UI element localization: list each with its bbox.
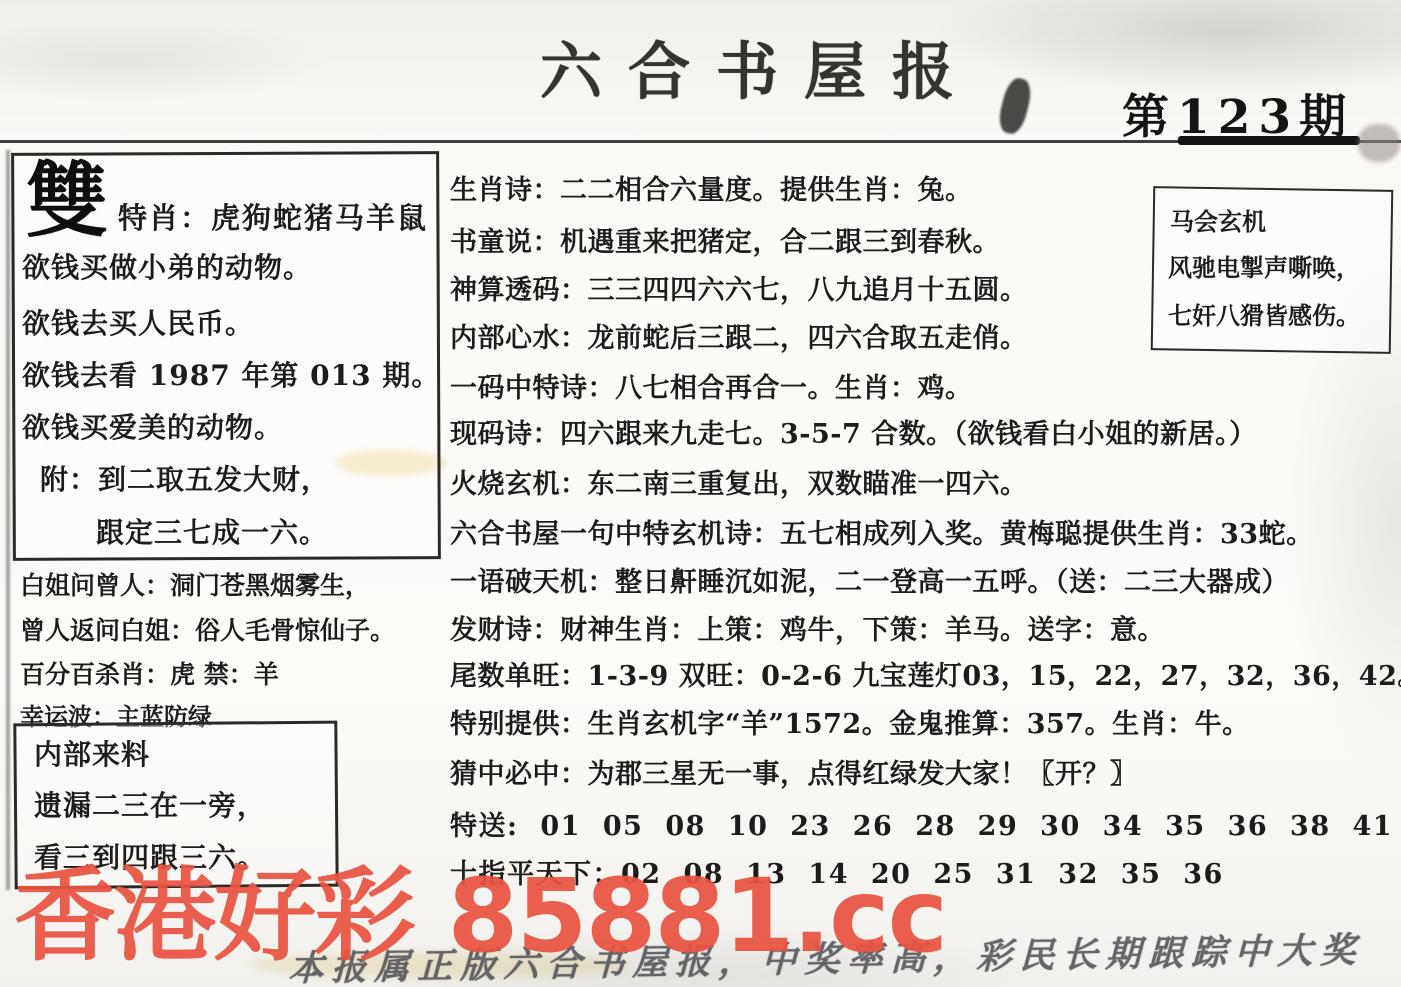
prediction-line: 特别提供：生肖玄机字“羊”1572。金鬼推算：357。生肖：牛。 (450, 702, 1250, 741)
left-box-line: 欲钱买做小弟的动物。 (22, 246, 312, 286)
page-edge-shadow (6, 150, 10, 890)
left-note-line: 白姐问曾人：洞门苍黑烟雾生， (20, 566, 370, 602)
prediction-line: 火烧玄机：东二南三重复出，双数瞄准一四六。 (450, 462, 1028, 501)
scanned-newspaper-page: 六合书屋报 第123期 雙 特肖：虎狗蛇猪马羊鼠 欲钱买做小弟的动物。 欲钱去买… (0, 0, 1401, 987)
double-character: 雙 (26, 160, 108, 242)
mystery-box-line: 马会玄机 (1170, 202, 1266, 237)
left-box-line: 欲钱去看 1987 年第 013 期。 (22, 354, 440, 394)
prediction-line: 尾数单旺：1-3-9 双旺：0-2-6 九宝莲灯03，15，22，27，32，3… (450, 654, 1401, 693)
site-watermark: 香港好彩 85881.cc (14, 866, 946, 968)
prediction-line: 发财诗：财神生肖：上策：鸡牛，下策：羊马。送字：意。 (450, 608, 1165, 647)
scan-smudge (1358, 124, 1400, 162)
ink-blob (996, 76, 1035, 137)
prediction-line: 六合书屋一句中特玄机诗：五七相成列入奖。黄梅聪提供生肖：33蛇。 (450, 512, 1314, 551)
prediction-line: 内部心水：龙前蛇后三跟二，四六合取五走俏。 (450, 316, 1028, 355)
internal-tips-line: 内部来料 (34, 733, 150, 773)
left-box-line: 欲钱买爱美的动物。 (22, 406, 283, 446)
left-note-line: 曾人返问白姐：俗人毛骨惊仙子。 (20, 611, 395, 647)
prediction-line: 书童说：机遇重来把猪定，合二跟三到春秋。 (450, 220, 1000, 259)
left-box-line: 欲钱去买人民币。 (22, 302, 254, 342)
prediction-line: 一语破天机：整日鼾睡沉如泥，二一登高一五呼。（送：二三大器成） (450, 560, 1289, 599)
top-rule-heavy-dash (1178, 136, 1360, 145)
special-zodiac-line: 特肖：虎狗蛇猪马羊鼠 (118, 196, 428, 237)
mystery-box-line: 七奸八猾皆感伤。 (1168, 296, 1360, 331)
left-note-line: 百分百杀肖：虎 禁：羊 (20, 655, 279, 691)
masthead-title: 六合书屋报 (540, 22, 980, 111)
mystery-box-line: 风驰电掣声嘶唤， (1168, 248, 1360, 283)
prediction-line: 一码中特诗：八七相合再合一。生肖：鸡。 (450, 366, 973, 405)
left-box-line: 附：到二取五发大财， (40, 458, 330, 498)
prediction-line: 生肖诗：二二相合六量度。提供生肖：兔。 (450, 168, 973, 207)
left-box-line: 跟定三七成一六。 (96, 511, 328, 551)
prediction-line: 神算透码：三三四四六六七，八九追月十五圆。 (450, 268, 1028, 307)
prediction-line: 现码诗：四六跟来九走七。3-5-7 合数。（欲钱看白小姐的新居。） (450, 412, 1257, 451)
prediction-line: 猜中必中：为郡三星无一事，点得红绿发大家！〖开？〗 (450, 752, 1138, 791)
special-numbers-line: 特送: 01 05 08 10 23 26 28 29 30 34 35 36 … (450, 804, 1401, 843)
internal-tips-line: 遗漏二三在一旁， (34, 784, 266, 824)
